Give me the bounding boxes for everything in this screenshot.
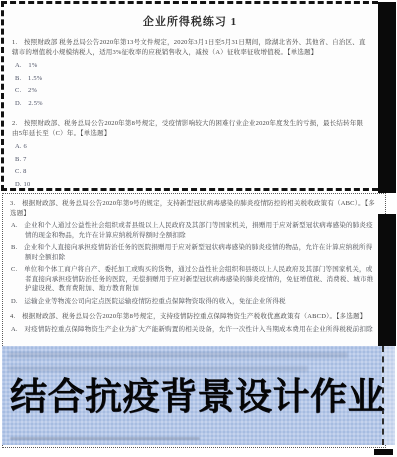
option-a: A. 对疫情防控重点保障物资生产企业为扩大产能新购置的相关设备，允许一次性计入当…	[11, 325, 376, 335]
slide-canvas: 企业所得税练习 1 1. 按照财政部 税务总局公告2020年第13号文件规定，2…	[0, 0, 397, 457]
question-3: 3. 根据财政部、税务总局公告2020年第9号的规定，支持新型冠状病毒感染的肺炎…	[10, 199, 376, 306]
question-4-stem: 4. 根据财政部、税务总局公告2020年第8号规定，支持疫情防控重点保障物资生产…	[10, 312, 376, 322]
question-4-options: A. 对疫情防控重点保障物资生产企业为扩大产能新购置的相关设备，允许一次性计入当…	[11, 325, 376, 335]
document-title: 企业所得税练习 1	[12, 13, 368, 29]
question-2-options: A. 6 B. 7 C. 8 D. 10	[15, 141, 368, 191]
option-c: C. 8	[15, 166, 368, 179]
option-c: C. 2%	[15, 85, 368, 98]
option-a: A. 6	[15, 141, 368, 154]
question-1: 1. 按照财政部 税务总局公告2020年第13号文件规定，2020年3月1日至5…	[12, 38, 368, 110]
question-4: 4. 根据财政部、税务总局公告2020年第8号规定，支持疫情防控重点保障物资生产…	[10, 312, 376, 334]
obscured-text-smudge	[10, 437, 200, 440]
scan-black-edge-top	[378, 2, 396, 193]
option-d: D. 2.5%	[15, 98, 368, 111]
obscured-text-smudge	[8, 352, 348, 358]
option-c: C. 单位和个体工商户将自产、委托加工或购买的货物，通过公益性社会组织和县级以上…	[11, 265, 376, 294]
caption-overlay[interactable]: 结合抗疫背景设计作业	[2, 346, 395, 445]
option-b: B. 企业和个人直接向承担疫情防治任务的医院捐赠用于应对新型冠状病毒感染的肺炎疫…	[11, 243, 376, 262]
question-2-stem: 2. 按照财政部、税务总局公告2020年第8号规定，受疫情影响较大的困难行业企业…	[12, 119, 368, 138]
document-image-top[interactable]: 企业所得税练习 1 1. 按照财政部 税务总局公告2020年第13号文件规定，2…	[1, 1, 378, 191]
option-d: D. 运输企业等物流公司向定点医院运输疫情防控重点保障物资取得的收入，免征企业所…	[11, 297, 376, 307]
question-1-options: A. 1% B. 1.5% C. 2% D. 2.5%	[15, 60, 368, 110]
option-d: D. 10	[15, 179, 368, 192]
caption-text: 结合抗疫背景设计作业	[10, 366, 380, 420]
question-2: 2. 按照财政部、税务总局公告2020年第8号规定，受疫情影响较大的困难行业企业…	[12, 119, 368, 191]
question-3-stem: 3. 根据财政部、税务总局公告2020年第9号的规定，支持新型冠状病毒感染的肺炎…	[10, 199, 376, 218]
option-b: B. 1.5%	[15, 73, 368, 86]
scan-black-edge-bottom	[374, 449, 393, 455]
scan-black-edge-middle	[378, 214, 396, 346]
option-b: B. 7	[15, 154, 368, 167]
option-a: A. 1%	[15, 60, 368, 73]
option-a: A. 企业和个人通过公益性社会组织或者县级以上人民政府及其部门等国家机关，捐赠用…	[11, 221, 376, 240]
question-3-options: A. 企业和个人通过公益性社会组织或者县级以上人民政府及其部门等国家机关，捐赠用…	[11, 221, 376, 306]
question-1-stem: 1. 按照财政部 税务总局公告2020年第13号文件规定，2020年3月1日至5…	[12, 38, 368, 57]
